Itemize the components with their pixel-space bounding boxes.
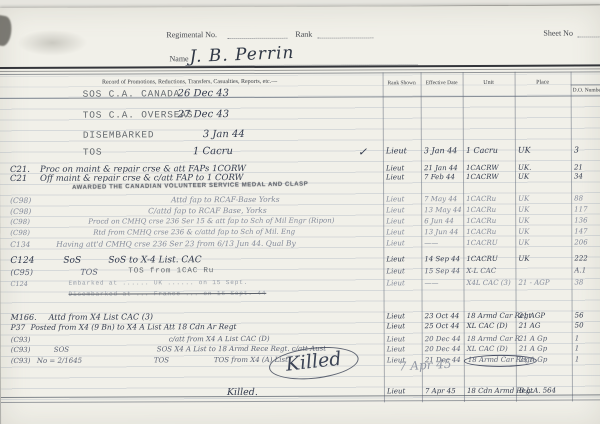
entry-text: 27 Dec 43 (178, 109, 229, 120)
entry-rank: Lieut (386, 146, 407, 155)
record-entry: DISEMBARKED3 Jan 44 (8, 128, 383, 143)
cell-place: UK (515, 238, 571, 251)
entry-unit: 1CACRU (466, 239, 497, 247)
entry-date: 23 Oct 44 (425, 312, 460, 320)
entry-date: 13 Jun 44 (424, 228, 458, 236)
entry-place: 21 AGP (519, 312, 546, 320)
entry-don: 136 (574, 216, 587, 224)
record-row: TOS C.A. OVERSEAS27 Dec 43 (8, 107, 600, 123)
entry-place: UK (518, 217, 529, 225)
entry-text: Posted from X4 (9 Bn) to X4 A List Att 1… (31, 322, 237, 332)
entry-code: C21 (10, 174, 27, 184)
sheet-no-label: Sheet No (543, 29, 573, 38)
cell-don: 38 (571, 277, 598, 290)
entry-code: C134 (10, 240, 30, 249)
entry-text: C/attd fap to RCAF Base, Yorks (148, 206, 267, 216)
record-row: C124Embarked at ...... UK ...... on 15 S… (8, 277, 600, 293)
cell-unit (463, 128, 515, 141)
record-row: SOS C.A. CANADA26 Dec 43 (8, 86, 600, 102)
entry-unit: 1CACRu (466, 217, 496, 225)
entry-text: c/att from X4 A List CAC (D) (169, 335, 270, 343)
entry-code: (C93) (11, 357, 31, 365)
entry-don: 206 (574, 238, 587, 246)
entry-stamp: SOS C.A. CANADA (83, 88, 181, 99)
entry-place: 21 A Gp (519, 335, 548, 343)
entry-date: 3 Jan 44 (424, 146, 458, 155)
cell-rank: Lieut (383, 238, 421, 251)
entry-rank: Lieut (386, 173, 404, 181)
entry-date: 13 May 44 (424, 206, 462, 214)
entry-place: UK (518, 195, 529, 203)
entry-unit: 1CACRu (466, 195, 496, 203)
cell-don (571, 86, 598, 99)
cell-rank: Lieut (384, 321, 422, 334)
entry-don: 1 (575, 356, 580, 364)
cell-date: 3 Jan 44 (421, 145, 463, 158)
entry-rank: Lieut (386, 239, 404, 247)
entry-place: B.L.A. 564 (519, 387, 556, 395)
entry-unit: 1 Cacru (466, 146, 498, 155)
record-entry: Killed. (9, 386, 384, 401)
entry-don: 56 (575, 312, 584, 320)
cell-don (571, 127, 598, 140)
entry-rank: Lieut (387, 387, 405, 395)
entry-unit: X4L CAC (3) (466, 279, 510, 287)
col-header-rank-shown: Rank Shown (383, 80, 421, 86)
cell-date (421, 87, 463, 100)
cell-unit: X4L CAC (3) (463, 278, 515, 291)
entry-don: 3 (574, 146, 579, 155)
cell-unit (463, 108, 515, 121)
cell-unit: 18 Armd Car Regt (464, 355, 516, 368)
cell-date: 25 Oct 44 (422, 321, 464, 334)
entry-stamp: DISEMBARKED (83, 129, 155, 140)
entry-code: C124 (10, 256, 34, 266)
stain (17, 30, 87, 56)
regimental-no-label: Regimental No. (166, 30, 217, 39)
entry-date: 25 Oct 44 (425, 322, 460, 330)
cell-rank (383, 128, 421, 141)
entry-date: 20 Dec 44 (425, 345, 461, 353)
cell-date: —— (421, 278, 463, 291)
entry-code: (C98) (10, 207, 31, 216)
cell-place (515, 128, 571, 141)
entry-rank: Lieut (387, 322, 405, 330)
col-header-place: Place (515, 80, 571, 86)
entry-date: 7 Apr 45 (425, 387, 456, 395)
cell-unit (463, 87, 515, 100)
entry-unit: X-L CAC (466, 267, 496, 275)
entry-rank: Lieut (386, 255, 404, 263)
entry-rank: Lieut (387, 335, 405, 343)
entry-code: P37 (11, 323, 26, 332)
entry-don: 1 (575, 335, 580, 343)
entry-unit: 1CACRU (466, 255, 497, 263)
entry-text: TOS (80, 268, 97, 277)
cell-place: 21 AG (516, 321, 572, 334)
entry-text-2: SoS to X-4 List. CAC (108, 255, 201, 265)
cell-unit: 1CACRW (463, 172, 515, 185)
entry-place: 21 AG (519, 322, 541, 330)
cell-rank: Lieut (383, 278, 421, 291)
cell-place: UK (515, 145, 571, 158)
entry-text: 1 Cacru (193, 146, 233, 157)
cell-unit: 1 Cacru (463, 145, 515, 158)
cell-date: 7 Feb 44 (421, 172, 463, 185)
entry-unit: 1CACRu (466, 206, 496, 214)
entry-rank: Lieut (386, 195, 404, 203)
entry-date: 6 Jun 44 (424, 217, 454, 225)
record-entry: SOS C.A. CANADA26 Dec 43 (8, 87, 383, 102)
entry-text: SOS (54, 346, 69, 354)
entry-code: M166. (11, 313, 37, 322)
entry-unit: XL CAC (D) (467, 322, 508, 330)
entry-unit: 1CACRu (466, 228, 496, 236)
cell-rank: Lieut (383, 145, 421, 158)
entry-date: 15 Sep 44 (424, 267, 460, 275)
entry-don: 34 (574, 173, 583, 181)
entry-date: —— (424, 239, 438, 247)
sheet-no-line (577, 27, 600, 37)
entry-unit: 1CACRW (466, 173, 499, 181)
cell-rank: Lieut (383, 172, 421, 185)
entry-place: UK. (518, 164, 531, 172)
cell-unit: XL CAC (D) (464, 321, 516, 334)
entry-don: 88 (574, 195, 583, 203)
entry-date: 14 Sep 44 (424, 255, 460, 263)
document-scan: Regimental No. Rank Sheet No Name J. B. … (0, 0, 600, 424)
entry-rank: Lieut (386, 164, 404, 172)
entry-don: 222 (574, 254, 587, 262)
record-entry: TOS1 Cacru✓ (8, 145, 383, 160)
record-entry: C134Having att'd CMHQ crse 236 Ser 23 fr… (8, 238, 383, 253)
cell-date (421, 108, 463, 121)
entry-text: 26 Dec 43 (178, 88, 229, 99)
cell-don: 3 (571, 144, 598, 157)
entry-don: 38 (574, 279, 583, 287)
entry-place: UK (518, 228, 529, 236)
entry-text: Attd fap to RCAF-Base Yorks (171, 195, 280, 204)
check-mark: ✓ (358, 145, 367, 158)
cell-rank (383, 87, 421, 100)
cell-unit: 1CACRU (463, 238, 515, 251)
entry-don: 50 (575, 322, 584, 330)
cell-don: 34 (571, 171, 598, 184)
col-header-unit: Unit (463, 80, 515, 86)
entry-text-2: TOS (154, 356, 169, 364)
entry-date: 7 Feb 44 (424, 173, 455, 181)
cell-date: —— (421, 238, 463, 251)
page-corner-curl (0, 15, 14, 47)
rank-line (317, 28, 373, 38)
cell-place: UK (515, 172, 571, 185)
entry-place: UK (518, 146, 531, 155)
cell-don (571, 107, 598, 120)
entry-date: 20 Dec 44 (425, 335, 461, 343)
cell-place (515, 108, 571, 121)
entry-place: 21 A Gp (519, 356, 548, 364)
entry-text: No = 2/1645 (37, 357, 82, 365)
record-row: C134Having att'd CMHQ crse 236 Ser 23 fr… (8, 237, 600, 253)
entry-place: UK (518, 173, 529, 181)
entry-unit: 1CACRW (466, 164, 499, 172)
cell-place: 21 - AGP (515, 278, 571, 291)
entry-date: —— (424, 279, 438, 287)
cell-rank (383, 108, 421, 121)
cell-don: 50 (572, 320, 599, 333)
entry-text: SoS (63, 256, 81, 266)
cell-place: B.L.A. 564 (516, 386, 572, 399)
entry-rank: Lieut (386, 206, 404, 214)
killed-date-annotation: 7 Apr 45 (398, 357, 451, 374)
cell-place (515, 87, 571, 100)
entry-place: 21 - AGP (518, 279, 549, 287)
entry-code: (C93) (11, 346, 31, 354)
entry-don: 147 (574, 227, 587, 235)
cell-rank: Lieut (384, 386, 422, 399)
entry-date: 21 Jan 44 (424, 164, 458, 172)
cell-date: 7 Apr 45 (422, 386, 464, 399)
entry-text: Procd on CMHQ crse 236 Ser 15 & att fap … (88, 217, 334, 226)
entry-text: 3 Jan 44 (203, 129, 245, 140)
entry-text: Attd from X4 List CAC (3) (49, 312, 153, 321)
cell-don: 1 (572, 354, 599, 367)
entry-rank: Lieut (386, 279, 404, 287)
entry-don: 117 (574, 205, 587, 213)
entry-code: C124 (10, 280, 27, 288)
entry-don: 21 (574, 164, 583, 172)
cell-unit: 18 Cdn Armd Regt (464, 386, 516, 399)
entry-stamp-2: Disembarked at ... France ... on 16 Sept… (69, 290, 267, 298)
entry-date: 7 May 44 (424, 195, 457, 203)
entry-code: (C98) (10, 196, 31, 205)
regimental-no-line (227, 29, 287, 39)
cell-place: 21 A Gp (516, 355, 572, 368)
entry-code: (C98) (10, 218, 30, 226)
entry-code: (C95) (10, 268, 33, 277)
cell-don: 206 (571, 237, 598, 250)
entry-rank: Lieut (386, 267, 404, 275)
record-row: DISEMBARKED3 Jan 44 (8, 127, 600, 143)
entry-rank: Lieut (386, 228, 404, 236)
entry-rank: Lieut (387, 345, 405, 353)
entry-rank: Lieut (386, 217, 404, 225)
entry-don: A.1 (574, 266, 586, 274)
entry-code: (C98) (10, 229, 30, 237)
cell-date (421, 128, 463, 141)
document-page: Regimental No. Rank Sheet No Name J. B. … (0, 5, 600, 424)
entry-text: Rtd from CMHQ crse 236 & c/attd fap to S… (93, 228, 295, 237)
col-header-effective-date: Effective Date (421, 80, 463, 86)
entry-unit: XL CAC (D) (467, 345, 508, 353)
entry-stamp: TOS (83, 147, 103, 158)
record-row: TOS1 Cacru✓Lieut3 Jan 441 CacruUK3 (8, 144, 600, 160)
entry-place: 21 A Gp (519, 345, 548, 353)
entry-rank: Lieut (387, 312, 405, 320)
entry-don: 1 (575, 345, 580, 353)
record-entry: C124Embarked at ...... UK ...... on 15 S… (8, 278, 383, 293)
entry-place: UK (518, 206, 529, 214)
entry-stamp: Embarked at ...... UK ...... on 15 Sept. (68, 279, 248, 287)
entry-stamp: TOS C.A. OVERSEAS (83, 109, 194, 120)
cell-don (572, 385, 599, 398)
record-entry: TOS C.A. OVERSEAS27 Dec 43 (8, 108, 383, 123)
entry-unit: 18 Armd Car R (467, 335, 520, 343)
entry-code: (C93) (11, 336, 31, 344)
entry-place: UK (518, 239, 529, 247)
record-row: Killed.Lieut7 Apr 4518 Cdn Armd RegtB.L.… (9, 385, 600, 401)
rank-label: Rank (295, 30, 312, 39)
entry-stamp: TOS from 1CAC Ru (128, 267, 214, 275)
entry-text: Having att'd CMHQ crse 236 Ser 23 from 6… (56, 239, 296, 249)
entry-place: UK (518, 255, 529, 263)
